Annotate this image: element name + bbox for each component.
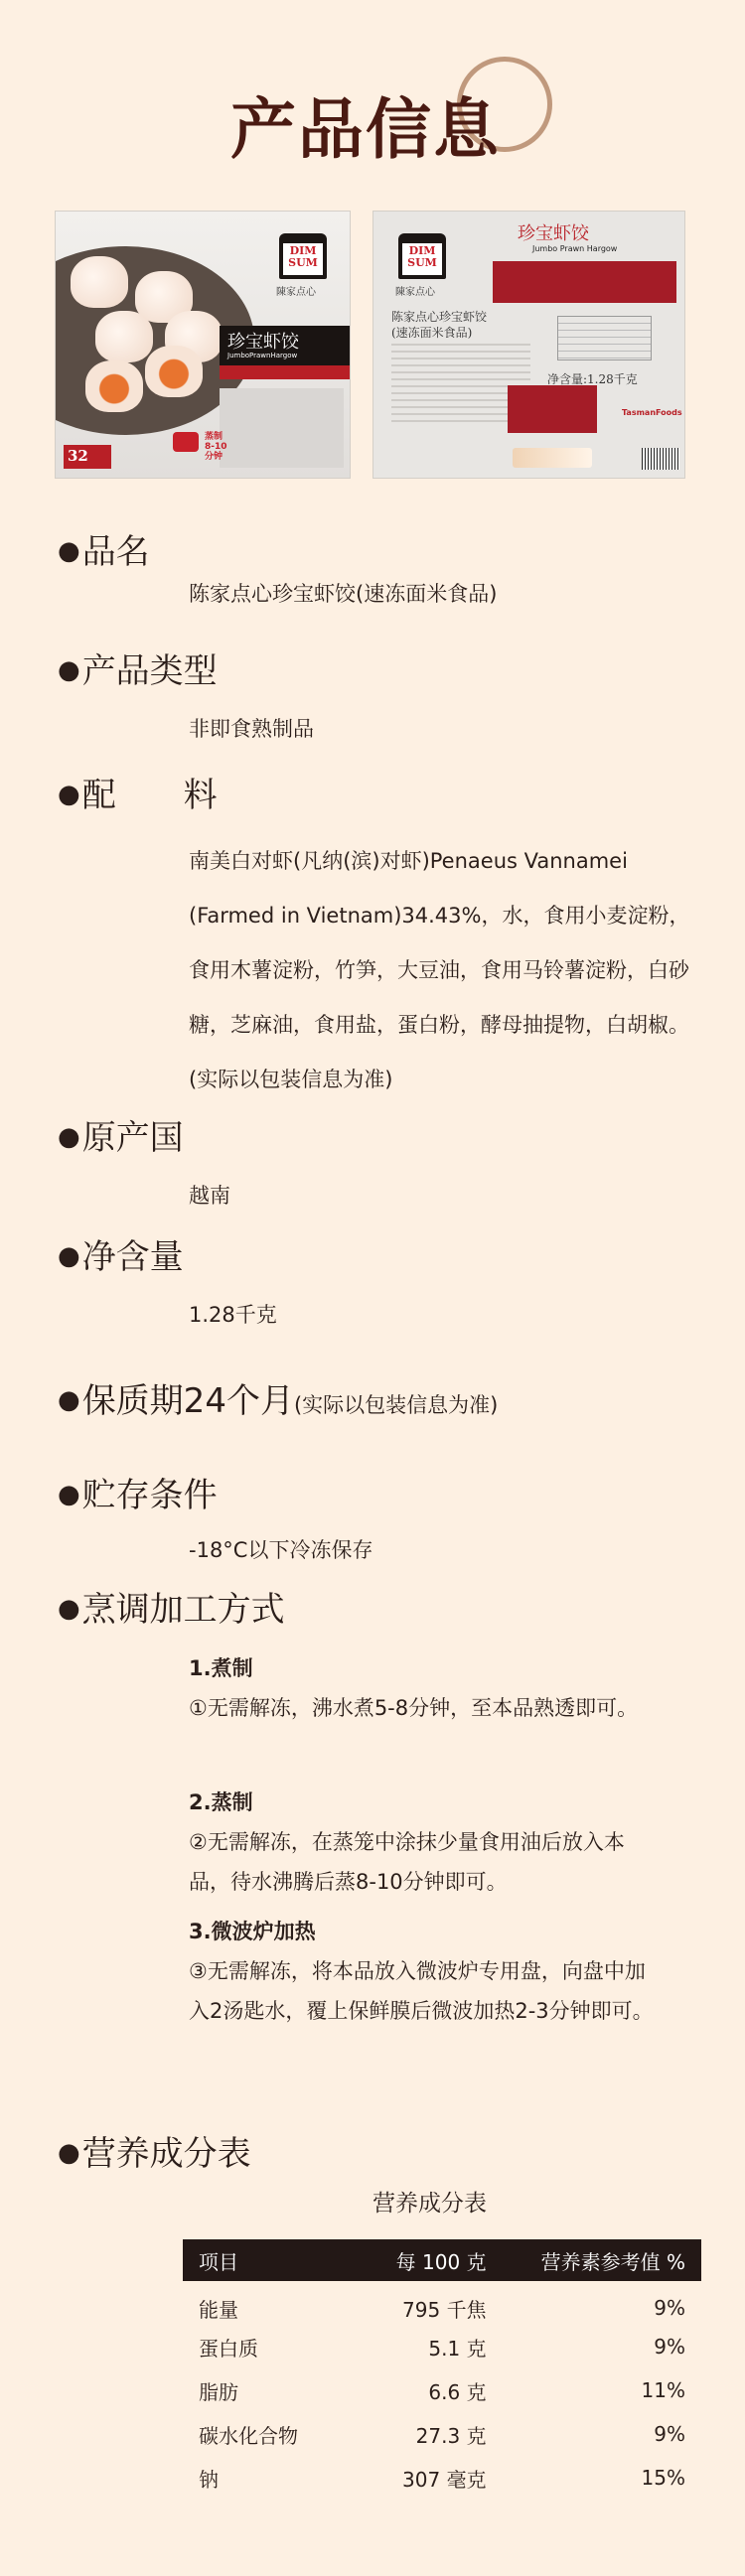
- package-back-image: DIM SUM 陳家点心 珍宝虾饺 Jumbo Prawn Hargow 陈家点…: [372, 211, 685, 479]
- product-name-cn: 珍宝虾饺: [227, 328, 299, 354]
- table-row: 蛋白质5.1 克9%: [183, 2325, 701, 2368]
- section-name-title: ●品名: [58, 531, 150, 572]
- section-type-value: 非即食熟制品: [189, 713, 314, 743]
- bullet-icon: ●: [58, 1480, 80, 1509]
- section-net-title: ●净含量: [58, 1236, 184, 1277]
- page-header: 产品信息: [0, 55, 745, 164]
- section-type-title: ●产品类型: [58, 650, 218, 691]
- product-name-en: JumboPrawnHargow: [227, 352, 297, 359]
- section-cooking-title: ●烹调加工方式: [58, 1589, 285, 1630]
- nutrition-table-caption: 营养成分表: [0, 2185, 745, 2218]
- back-product-cn: 珍宝虾饺: [518, 219, 589, 245]
- bullet-icon: ●: [58, 536, 80, 566]
- package-window: [220, 388, 344, 468]
- section-origin-value: 越南: [189, 1180, 230, 1210]
- description-block: [493, 261, 676, 303]
- section-net-value: 1.28千克: [189, 1299, 277, 1329]
- distributor-logo: TasmanFoods: [622, 408, 682, 417]
- cooking-step-microwave: 3.微波炉加热 ③无需解冻，将本品放入微波炉专用盘，向盘中加入2汤匙水，覆上保鲜…: [189, 1912, 666, 2031]
- section-nutrition-title: ●营养成分表: [58, 2133, 251, 2174]
- section-name-value: 陈家点心珍宝虾饺(速冻面米食品): [189, 578, 497, 608]
- brand-logo: DIM SUM: [279, 233, 327, 279]
- nutrition-table: 项目 每 100 克 营养素参考值 % 能量795 千焦9% 蛋白质5.1 克9…: [183, 2239, 701, 2500]
- steamer-icon: [173, 432, 199, 452]
- dumpling-cut: [145, 346, 203, 397]
- section-ingredients-title: ●配 料: [58, 775, 218, 815]
- brand-cn: 陳家点心: [276, 283, 316, 298]
- cooking-step-boil: 1.煮制 ①无需解冻，沸水煮5-8分钟，至本品熟透即可。: [189, 1648, 666, 1728]
- barcode: [642, 448, 679, 470]
- bullet-icon: ●: [58, 1594, 80, 1624]
- package-front-image: DIM SUM 陳家点心 珍宝虾饺 JumboPrawnHargow 32 蒸制…: [55, 211, 351, 479]
- table-row: 钠307 毫克15%: [183, 2456, 701, 2500]
- dumpling-cut: [85, 360, 143, 412]
- steam-time: 蒸制 8-10 分钟: [205, 432, 227, 462]
- section-shelf-life: ●保质期24个月(实际以包装信息为准): [58, 1380, 498, 1425]
- cooking-step-steam: 2.蒸制 ②无需解冻，在蒸笼中涂抹少量食用油后放入本品，待水沸腾后蒸8-10分钟…: [189, 1783, 666, 1902]
- back-product-fullname: 陈家点心珍宝虾饺 (速冻面米食品): [391, 309, 487, 341]
- section-storage-value: -18°C以下冷冻保存: [189, 1534, 372, 1564]
- bullet-icon: ●: [58, 2138, 80, 2168]
- dumpling: [71, 256, 128, 308]
- section-storage-title: ●贮存条件: [58, 1475, 218, 1515]
- serving-photo: [513, 448, 592, 468]
- nutrition-header-row: 项目 每 100 克 营养素参考值 %: [183, 2239, 701, 2281]
- section-ingredients-value: 南美白对虾(凡纳(滨)对虾)Penaeus Vannamei (Farmed i…: [189, 834, 705, 1107]
- bullet-icon: ●: [58, 1385, 80, 1415]
- table-row: 碳水化合物27.3 克9%: [183, 2412, 701, 2456]
- bullet-icon: ●: [58, 655, 80, 685]
- product-band: 珍宝虾饺 JumboPrawnHargow: [220, 326, 351, 365]
- page-title: 产品信息: [230, 76, 501, 171]
- section-origin-title: ●原产国: [58, 1117, 184, 1158]
- table-row: 能量795 千焦9%: [183, 2281, 701, 2325]
- bullet-icon: ●: [58, 1122, 80, 1152]
- dumpling: [95, 311, 153, 362]
- brand-logo: DIM SUM: [398, 233, 446, 279]
- table-row: 脂肪6.6 克11%: [183, 2368, 701, 2412]
- bullet-icon: ●: [58, 780, 80, 809]
- cooking-instructions-block: [508, 385, 597, 433]
- mini-nutrition-table: [557, 316, 652, 360]
- back-product-en: Jumbo Prawn Hargow: [532, 244, 617, 253]
- bullet-icon: ●: [58, 1241, 80, 1271]
- tagline-band: [220, 365, 351, 379]
- pieces-badge: 32: [64, 445, 111, 469]
- brand-cn: 陳家点心: [395, 283, 435, 298]
